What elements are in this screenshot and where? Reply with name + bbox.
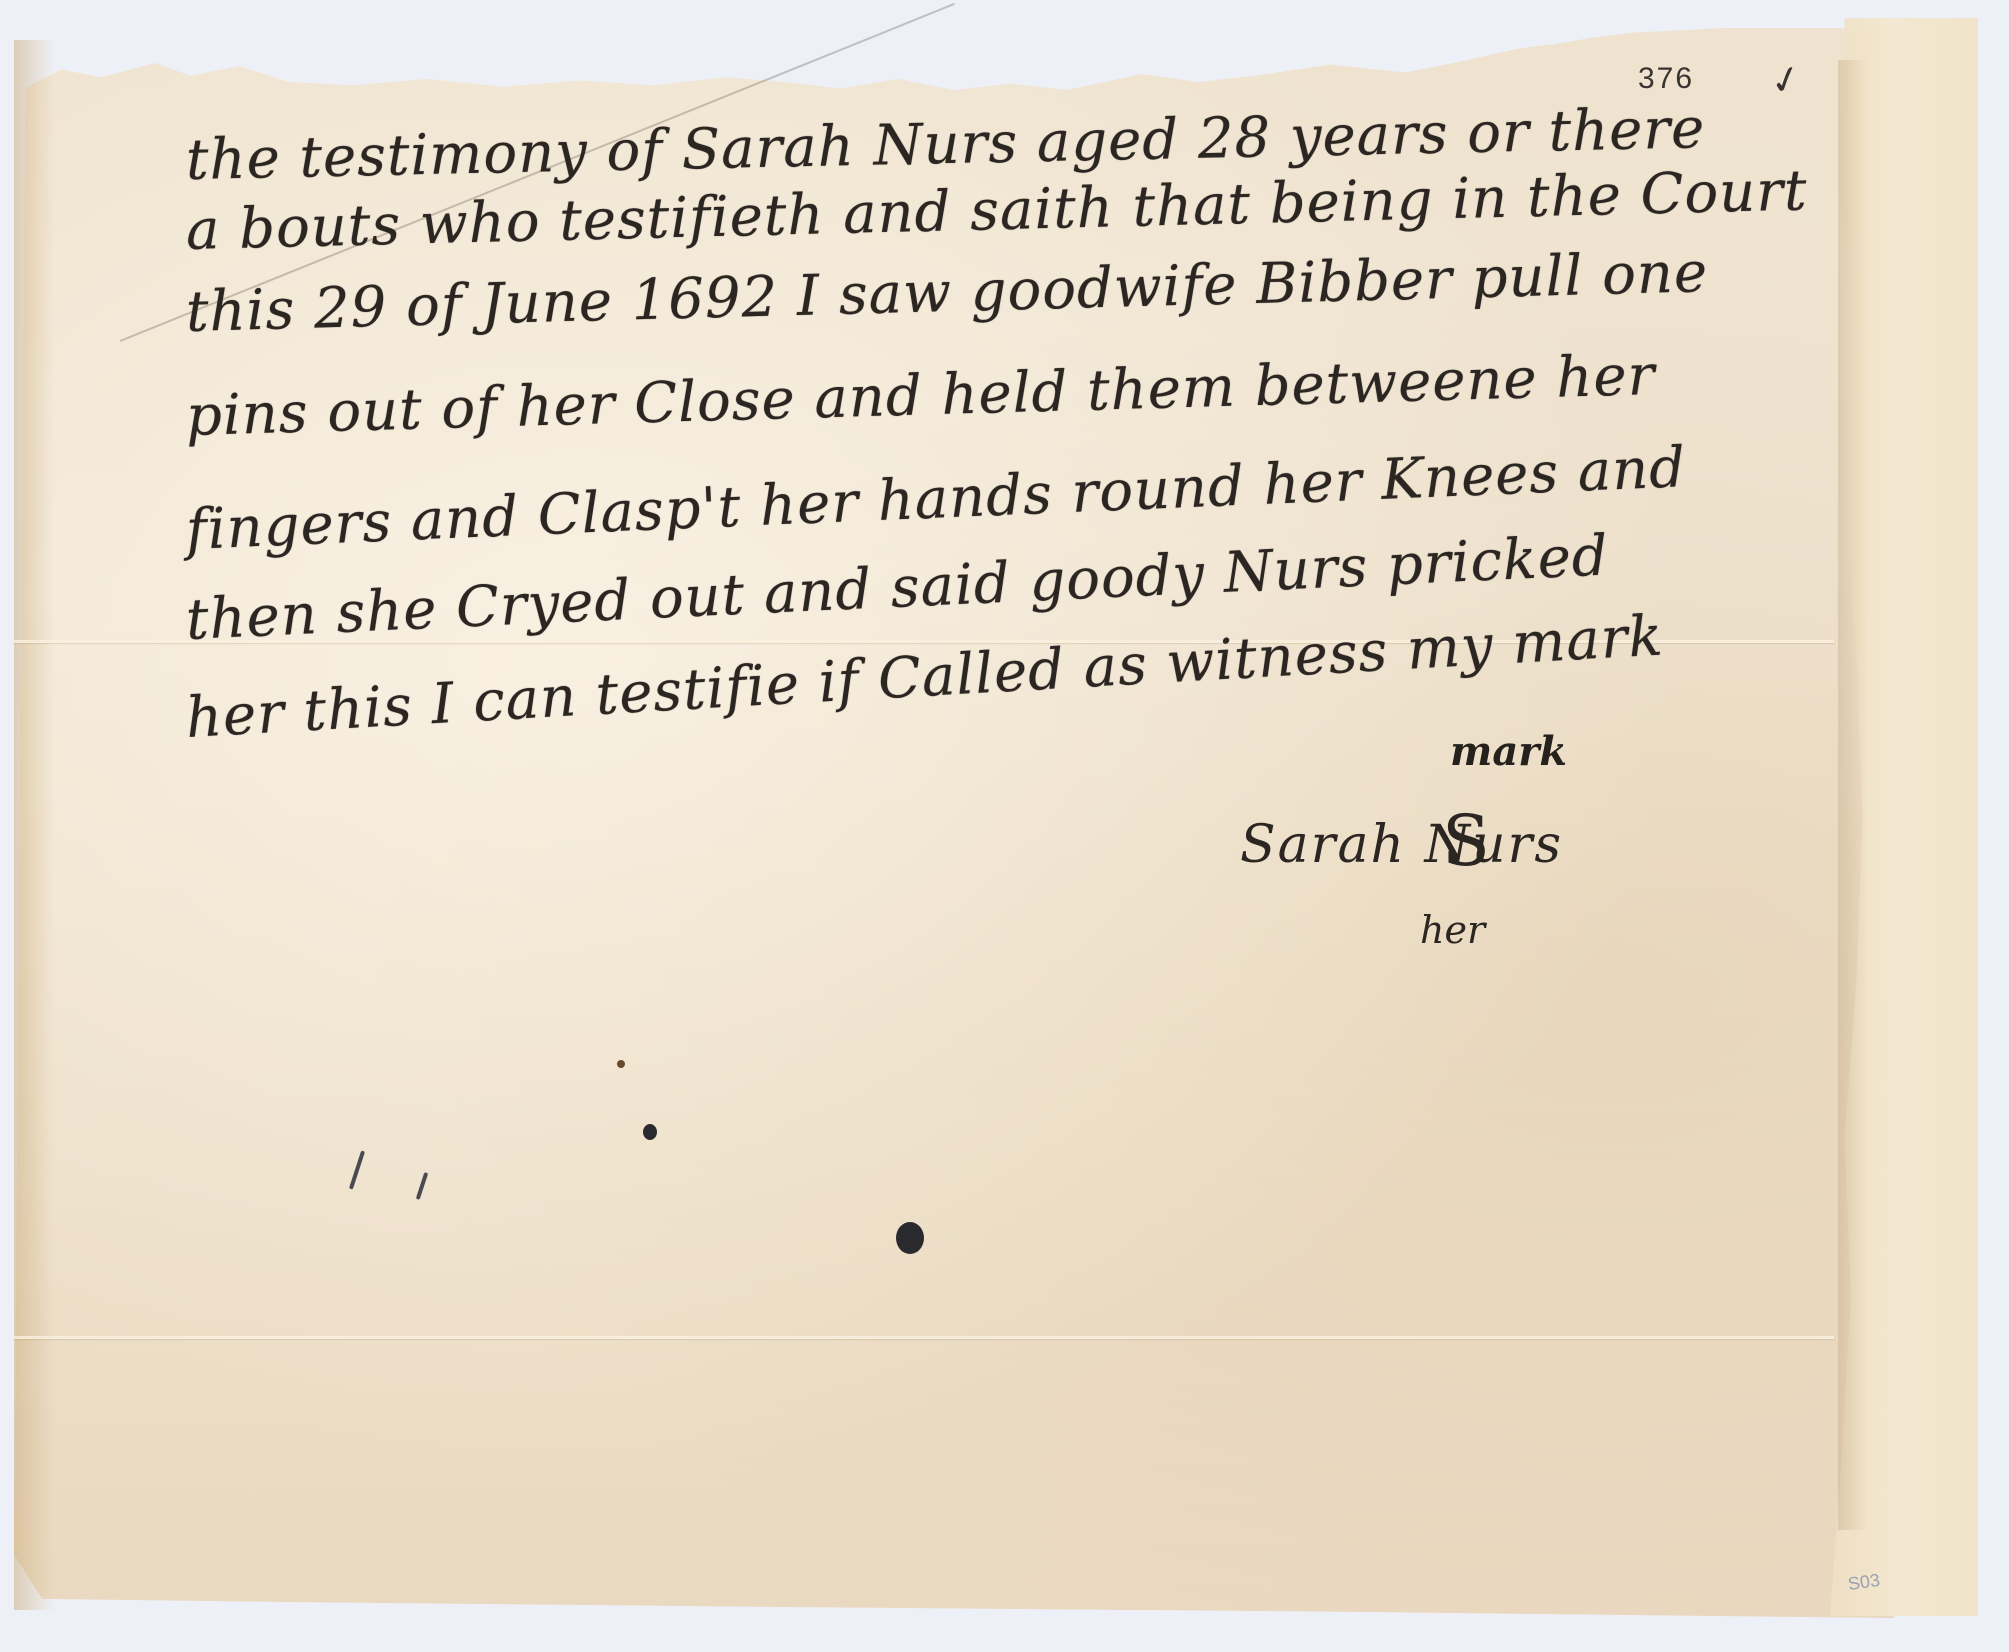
ink-blot-small	[643, 1124, 657, 1140]
signature-name: Sarah Nurs	[1240, 815, 1563, 875]
stain-spot	[617, 1060, 625, 1068]
manuscript-line-4: pins out of her Close and held them betw…	[185, 343, 1656, 449]
signature-mark-label: mark	[1450, 728, 1567, 775]
ink-blot-large	[896, 1222, 924, 1254]
signature-block: mark Sarah Nurs S her	[1180, 720, 1740, 980]
signature-mark-glyph: S	[1442, 800, 1490, 882]
archive-pencil-note: S03	[1847, 1570, 1882, 1595]
document-scan: 376 ✓ the testimony of Sarah Nurs aged 2…	[0, 0, 2009, 1652]
signature-her-label: her	[1420, 908, 1485, 952]
